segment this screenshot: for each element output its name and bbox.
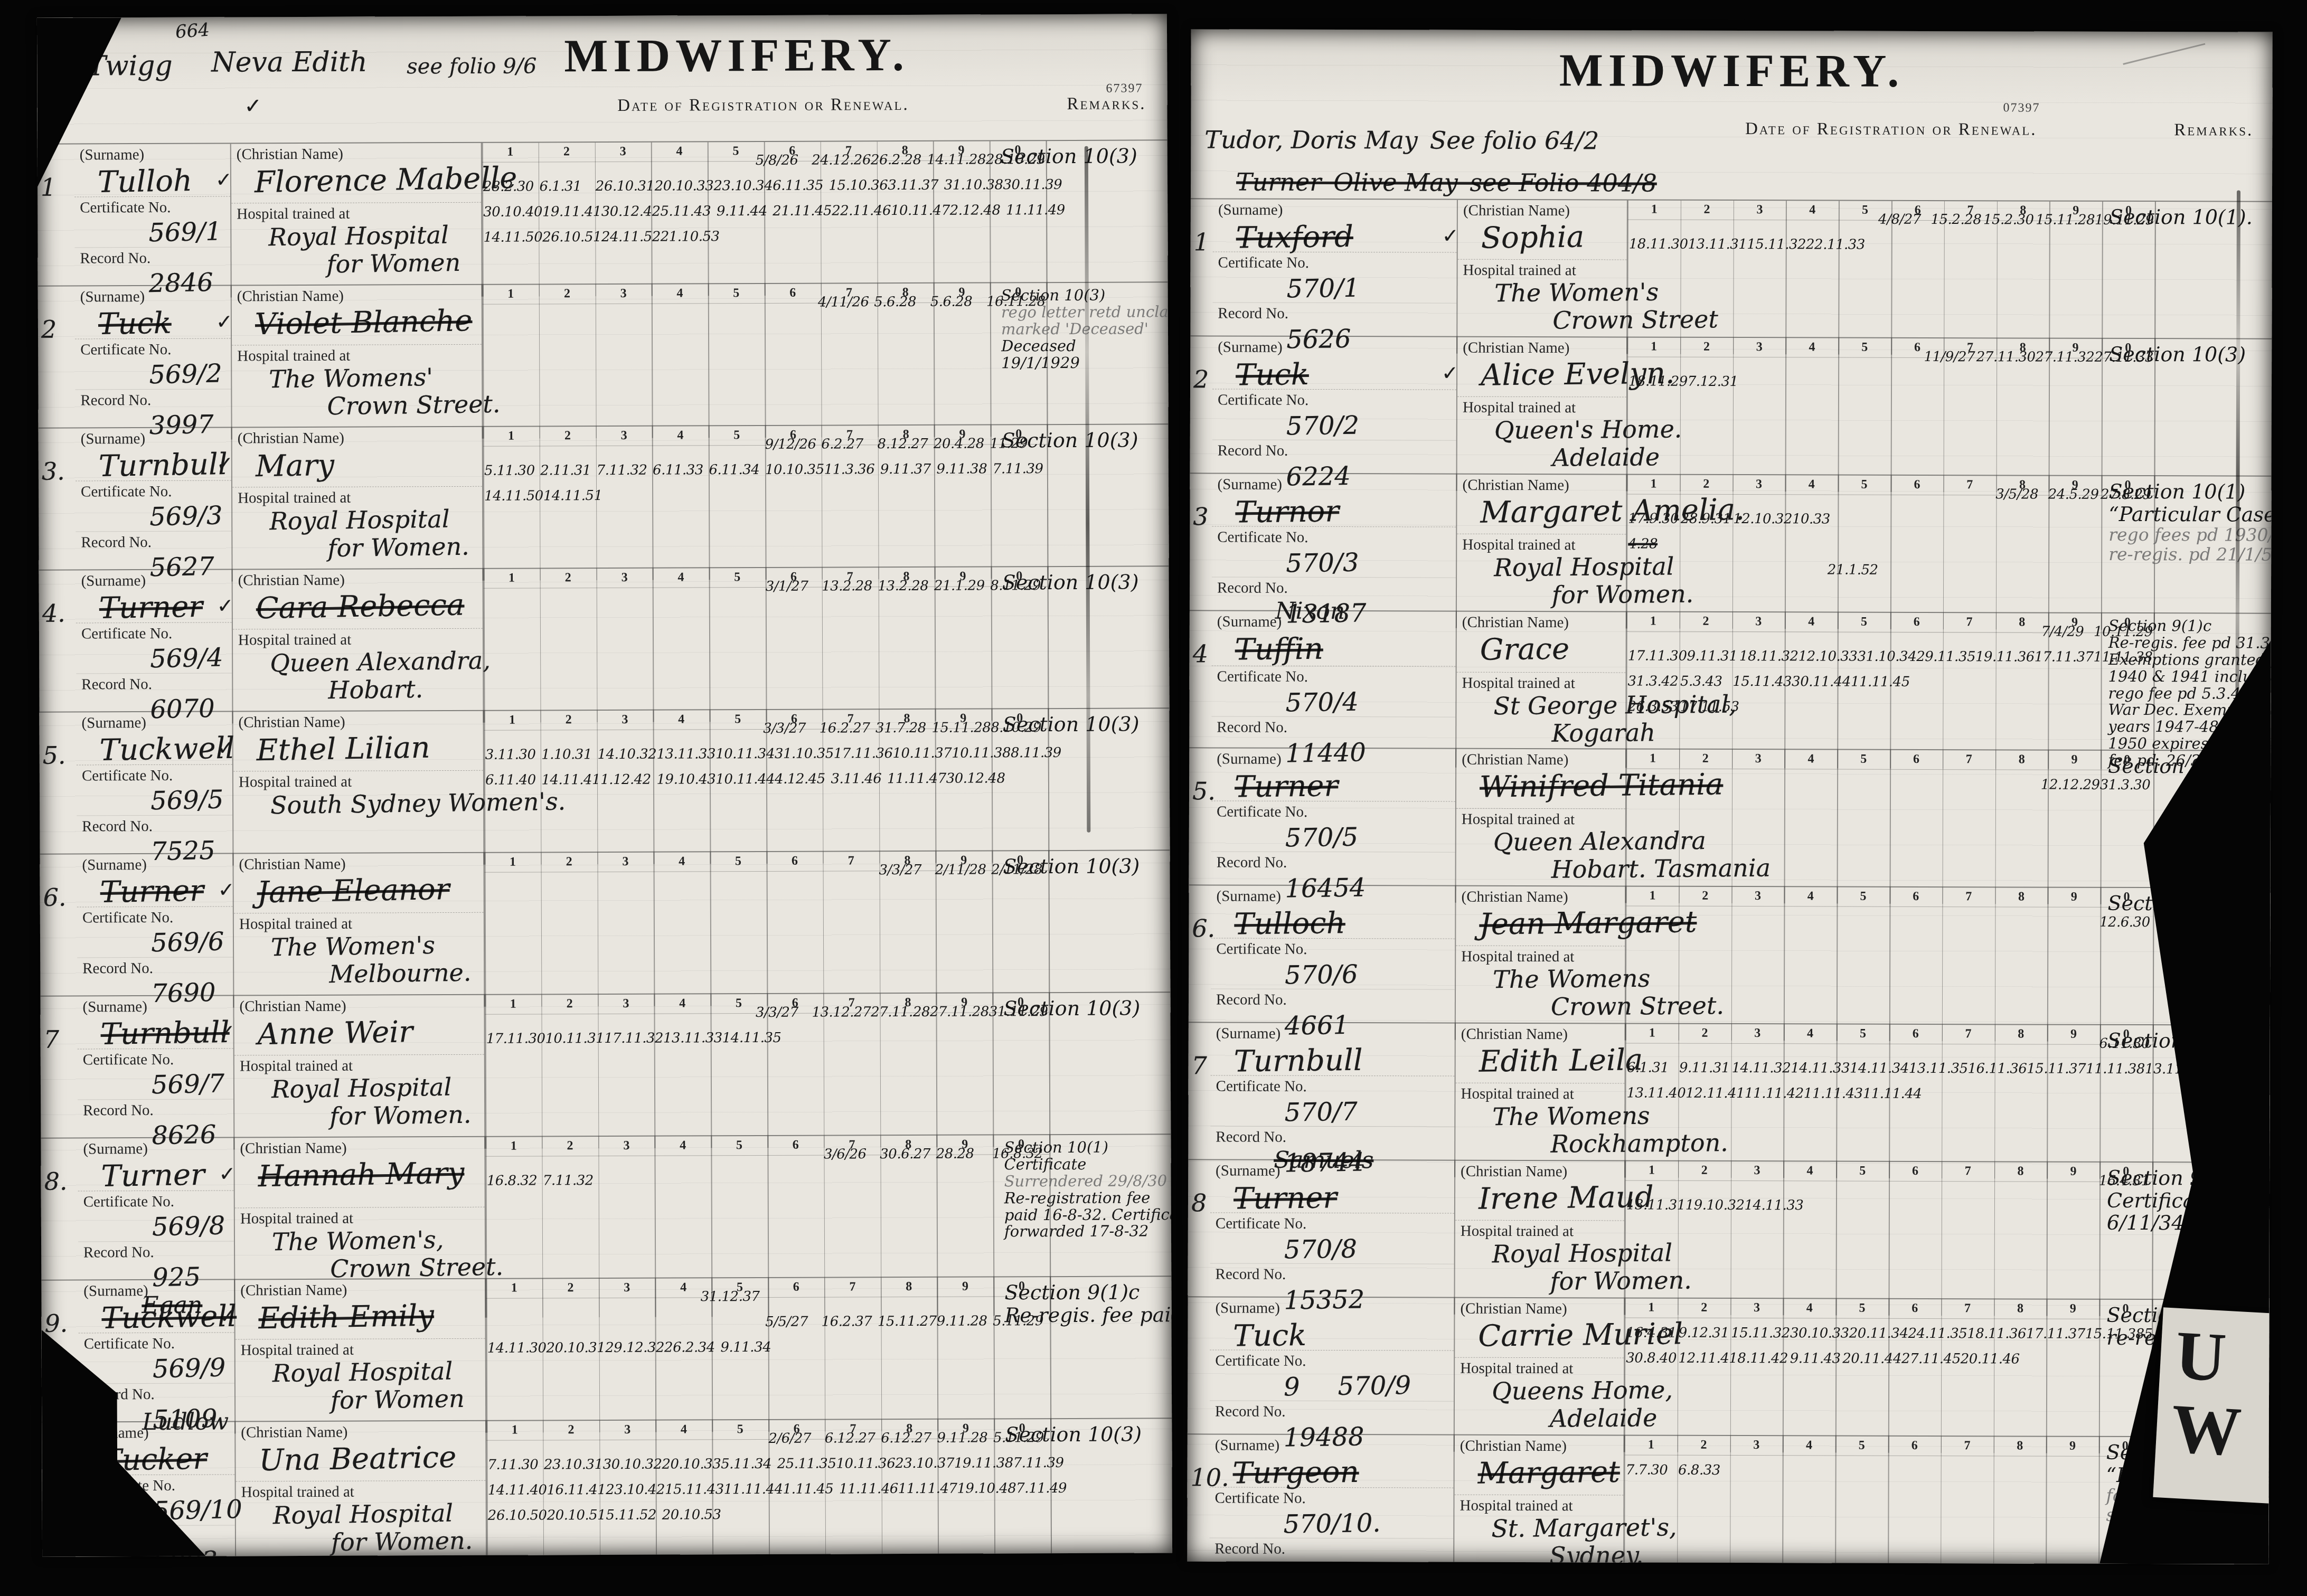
certificate-number: 9 570/9 xyxy=(1284,1370,1454,1402)
remarks-cell: Section 9(1)cRe-regis. fee paid 9.11.34 xyxy=(1050,1277,1172,1431)
christian-name-label: (Christian Name) xyxy=(1462,751,1625,769)
surname-label: (Surname) xyxy=(80,288,231,306)
certificate-label: Certificate No. xyxy=(1218,254,1457,272)
corrected-surname: Ludlow xyxy=(142,1408,229,1436)
christian-name-value: Margaret Amelia. xyxy=(1480,497,1626,528)
hospital-label: Hospital trained at xyxy=(1462,675,1626,693)
surname-column: (Surname) Tulloh Certificate No. 569/1 R… xyxy=(74,144,231,298)
hospital-name: The Womens'Crown Street. xyxy=(237,364,482,420)
register-row: 2 (Surname) Tuck Certificate No. 569/2 R… xyxy=(38,281,1169,427)
record-label: Record No. xyxy=(80,249,230,267)
hospital-name: South Sydney Women's. xyxy=(239,790,483,818)
surname-label: (Surname) xyxy=(80,146,230,164)
christian-name-column: (Christian Name) Una Beatrice Hospital t… xyxy=(234,1421,486,1557)
remarks-cell: Section 10(3) xyxy=(2154,339,2272,493)
hospital-name: Royal Hospitalfor Women xyxy=(241,1358,485,1414)
hospital-label: Hospital trained at xyxy=(1460,1360,1624,1378)
hospital-name: Royal Hospitalfor Women. xyxy=(238,506,482,562)
hospital-label: Hospital trained at xyxy=(1463,262,1627,280)
surname-value: Tuck xyxy=(98,308,231,339)
date-grid: 1234567890 31.12.375/5/2716.2.3715.11.27… xyxy=(485,1277,1050,1433)
surname-value: Tuck xyxy=(1236,358,1457,391)
date-column-digits: 1234567890 xyxy=(1625,1298,2152,1319)
record-label: Record No. xyxy=(1217,579,1456,597)
certificate-label: Certificate No. xyxy=(80,341,231,358)
date-grid: 1234567890 4/8/2715.2.2815.2.3015.11.281… xyxy=(1626,200,2155,355)
surname-value: Turnbull xyxy=(100,1018,233,1050)
check-mark: ✓ xyxy=(219,1162,236,1185)
christian-name-value: Violet Blanche xyxy=(255,306,482,339)
remarks-header: Remarks. xyxy=(2155,120,2272,140)
hospital-name: Royal Hospitalfor Women. xyxy=(240,1074,484,1130)
remarks-cell: Section 10(3) xyxy=(1048,709,1170,863)
christian-name-value: Mary xyxy=(255,448,482,481)
register-row: 7 (Surname) Turnbull Certificate No. 569… xyxy=(40,991,1171,1137)
christian-name-column: ✓ (Christian Name) Edith Emily Hospital … xyxy=(234,1279,485,1434)
record-label: Record No. xyxy=(83,1101,233,1119)
surname-value: Tuckwell xyxy=(99,734,232,766)
surname-column: (Surname) Tuckwell Certificate No. 569/5… xyxy=(77,712,233,866)
surname-label: (Surname) xyxy=(1218,338,1456,356)
surname-column: Samuels (Surname) Turner Certificate No.… xyxy=(1210,1160,1454,1314)
surname-column: (Surname) Turner Certificate No. 569/4 R… xyxy=(76,570,232,724)
record-label: Record No. xyxy=(1214,1540,1453,1558)
renewal-dates: 12.12.2931.3.30 xyxy=(1626,769,2153,798)
surname-label: (Surname) xyxy=(1218,201,1457,219)
date-grid: 1234567890 16.4.319.12.3115.11.3230.10.3… xyxy=(1624,1298,2152,1453)
hospital-label: Hospital trained at xyxy=(240,1210,485,1228)
certificate-number: 570/4 xyxy=(1285,686,1456,718)
corrected-surname: Samuels xyxy=(1274,1147,1373,1174)
certificate-label: Certificate No. xyxy=(81,625,232,643)
certificate-label: Certificate No. xyxy=(81,483,231,500)
date-registration-header: Date of Registration or Renewal. xyxy=(1627,119,2155,140)
check-mark: ✓ xyxy=(215,168,232,191)
renewal-dates: 3/3/2716.2.2731.7.2815.11.288.10.293.11.… xyxy=(484,729,1048,793)
register-rows: 1 (Surname) Tuxford Certificate No. 570/… xyxy=(1187,198,2272,1564)
remarks-text: Section 10(3) xyxy=(2109,343,2270,366)
hospital-name: The Women's,Crown Street. xyxy=(240,1227,485,1282)
prerow-folio-note: see folio 9/6 xyxy=(407,54,536,79)
entry-number-cell: 2 xyxy=(38,286,76,440)
hospital-label: Hospital trained at xyxy=(1461,948,1625,966)
date-grid: 1234567890 3/3/2713.12.2727.11.2827.11.2… xyxy=(484,993,1049,1149)
page-title: MIDWIFERY. xyxy=(1191,43,2272,99)
entry-number-cell: 3 xyxy=(1190,474,1212,627)
christian-name-label: (Christian Name) xyxy=(239,997,484,1016)
surname-value: Turnbull xyxy=(98,450,231,481)
certificate-number: 569/7 xyxy=(151,1069,233,1100)
check-mark: ✓ xyxy=(219,1020,236,1043)
surname-column: (Surname) Tuxford Certificate No. 570/1 … xyxy=(1212,199,1457,353)
surname-value: Turner xyxy=(99,592,232,624)
record-label: Record No. xyxy=(1216,1266,1454,1283)
hospital-name: The Women'sMelbourne. xyxy=(239,932,484,988)
surname-value: Tuckwell xyxy=(101,1302,234,1334)
date-column-digits: 1234567890 xyxy=(1625,1161,2152,1182)
record-label: Record No. xyxy=(81,533,231,551)
surname-value: Tulloch xyxy=(1234,908,1455,940)
christian-name-value: Edith Leila xyxy=(1479,1046,1625,1077)
entry-number: 4. xyxy=(42,599,76,627)
certificate-label: Certificate No. xyxy=(82,909,233,927)
entry-number-cell: 5. xyxy=(40,712,77,866)
date-grid: 1234567890 6.11.306.1.319.11.3114.11.321… xyxy=(1624,1024,2153,1179)
christian-name-value: Winifred Titania xyxy=(1480,771,1626,802)
christian-name-label: (Christian Name) xyxy=(237,287,482,306)
check-mark: ✓ xyxy=(218,878,235,901)
surname-column: (Surname) Turnbull Certificate No. 569/7… xyxy=(77,996,233,1150)
christian-name-value: Grace xyxy=(1480,634,1626,665)
check-mark: ✓ xyxy=(217,594,234,617)
certificate-number: 570/3 xyxy=(1286,546,1456,579)
register-row: 4 Nixon (Surname) Tuffin Certificate No.… xyxy=(1189,610,2271,750)
entry-number-cell: 3. xyxy=(39,428,76,582)
certificate-number: 569/9 xyxy=(152,1353,234,1384)
surname-column: (Surname) Tulloch Certificate No. 570/6 … xyxy=(1211,885,1455,1040)
christian-name-value: Jean Margaret xyxy=(1479,909,1625,940)
christian-name-column: ✓ (Christian Name) Alice Evelyn. Hospita… xyxy=(1456,337,1627,492)
certificate-number: 570/7 xyxy=(1284,1096,1455,1128)
christian-name-label: (Christian Name) xyxy=(1463,339,1626,357)
surname-label: (Surname) xyxy=(1216,887,1455,905)
register-row: 2 (Surname) Tuck Certificate No. 570/2 R… xyxy=(1190,335,2272,475)
remarks-text: Section 10(3) xyxy=(1003,713,1167,736)
register-row: 10. Ludlow (Surname) Tucker Certificate … xyxy=(42,1418,1172,1556)
surname-value: Turgeon xyxy=(1232,1457,1454,1489)
register-row: 6. (Surname) Tulloch Certificate No. 570… xyxy=(1189,884,2271,1024)
surname-label: (Surname) xyxy=(1216,1025,1455,1043)
christian-name-value: Irene Maud xyxy=(1479,1183,1625,1214)
certificate-label: Certificate No. xyxy=(1216,940,1455,958)
renewal-dates: 5/8/2624.12.2626.2.2814.11.2828.10.2928.… xyxy=(482,160,1047,250)
record-label: Record No. xyxy=(1217,854,1455,872)
christian-name-label: (Christian Name) xyxy=(1461,1163,1624,1181)
christian-name-column: (Christian Name) Jean Margaret Hospital … xyxy=(1455,886,1625,1041)
entry-number: 10. xyxy=(1191,1463,1210,1491)
christian-name-label: (Christian Name) xyxy=(240,1281,485,1300)
certificate-number: 569/4 xyxy=(150,643,232,674)
christian-name-label: (Christian Name) xyxy=(1461,1026,1625,1044)
entry-number: 1 xyxy=(1194,228,1213,256)
hospital-name: St George Hospital,Kogarah xyxy=(1462,692,1625,747)
surname-value: Turner xyxy=(100,876,233,908)
surname-column: (Surname) Turgeon Certificate No. 570/10… xyxy=(1209,1434,1454,1564)
surname-value: Turner xyxy=(1235,770,1456,802)
christian-name-label: (Christian Name) xyxy=(240,1139,484,1158)
date-grid: 1234567890 3/3/272/11/282/11/28 xyxy=(483,851,1049,1007)
record-label: Record No. xyxy=(82,959,233,977)
certificate-label: Certificate No. xyxy=(1217,668,1456,686)
record-label: Record No. xyxy=(83,1243,234,1261)
entry-number-cell: 7 xyxy=(40,996,78,1150)
certificate-number: 569/5 xyxy=(150,785,233,816)
surname-column: (Surname) Tuck Certificate No. 9 570/9 R… xyxy=(1210,1297,1454,1451)
christian-name-column: ✓ (Christian Name) Florence Mabelle Hosp… xyxy=(230,143,482,298)
entry-number-cell xyxy=(1188,1297,1210,1451)
entry-number: 2 xyxy=(41,315,75,343)
christian-name-value: Alice Evelyn. xyxy=(1481,360,1627,391)
date-column-digits: 1234567890 xyxy=(1626,749,2153,770)
certificate-label: Certificate No. xyxy=(1217,528,1456,546)
scrap-letter: U xyxy=(2173,1319,2272,1398)
hospital-label: Hospital trained at xyxy=(1459,1497,1623,1515)
prerow-christian-name: Neva Edith xyxy=(211,46,368,79)
record-label: Record No. xyxy=(1218,442,1456,460)
remarks-cell: Section 10(3)rego letter retd unclaimedm… xyxy=(1047,282,1169,437)
certificate-label: Certificate No. xyxy=(83,1051,233,1069)
surname-column: Nixon (Surname) Tuffin Certificate No. 5… xyxy=(1211,611,1456,767)
prerow-folio-note-struck: Turner Olive May see Folio 404/8 xyxy=(1236,168,1657,197)
entry-number: 8. xyxy=(44,1167,78,1195)
surname-label: (Surname) xyxy=(81,430,231,448)
remarks-text: Section 10(3) xyxy=(1003,997,1168,1020)
christian-name-column: ✓ (Christian Name) Jane Eleanor Hospital… xyxy=(232,853,484,1008)
surname-column: (Surname) Turnbull Certificate No. 569/3… xyxy=(76,428,232,582)
remarks-text: Section 10(3) xyxy=(1002,571,1167,594)
christian-name-value: Carrie Muriel xyxy=(1478,1320,1624,1352)
surname-value: Tuxford xyxy=(1236,221,1457,253)
entry-number: 3. xyxy=(42,457,76,485)
register-row: 9. (Surname) Tuckwell Certificate No. 56… xyxy=(41,1276,1172,1421)
renewal-dates: 2/6/276.12.276.12.279.11.285.11.297.11.3… xyxy=(486,1439,1051,1528)
hospital-name: Royal Hospitalfor Women. xyxy=(1461,1240,1624,1295)
christian-name-value: Jane Eleanor xyxy=(257,874,484,908)
certificate-number: 569/6 xyxy=(150,927,233,958)
renewal-dates: 7/4/2910.11.2917.11.309.11.3118.11.3212.… xyxy=(1626,631,2153,721)
register-row: 1 (Surname) Tulloh Certificate No. 569/1… xyxy=(37,139,1168,285)
christian-name-value: Sophia xyxy=(1481,222,1627,253)
entry-number: 6. xyxy=(43,883,77,911)
surname-value: Tulloh xyxy=(98,166,231,197)
renewal-dates: 11/9/2727.11.3027.11.3227.11.3318.11.297… xyxy=(1627,357,2154,395)
remarks-cell: Section 10(1). xyxy=(2154,202,2272,356)
scrap-letter: W xyxy=(2170,1392,2273,1471)
entry-number-cell: 4. xyxy=(39,570,77,724)
register-row: 5. (Surname) Turner Certificate No. 570/… xyxy=(1189,747,2271,887)
entry-number: 6. xyxy=(1192,914,1211,942)
date-grid: 1234567890 2/6/276.12.276.12.279.11.285.… xyxy=(485,1419,1051,1557)
register-row: 6. (Surname) Turner Certificate No. 569/… xyxy=(40,849,1170,995)
hospital-label: Hospital trained at xyxy=(1462,811,1625,829)
record-label: Record No. xyxy=(1216,1128,1454,1146)
remarks-text: Section 9(1)cRe-regis. fee paid 9.11.34 xyxy=(1004,1281,1169,1326)
entry-number: 8 xyxy=(1191,1188,1210,1217)
hospital-name: Queens Home,Adelaide xyxy=(1460,1377,1624,1432)
hospital-label: Hospital trained at xyxy=(237,347,482,365)
hospital-label: Hospital trained at xyxy=(1463,399,1626,417)
certificate-label: Certificate No. xyxy=(82,767,232,785)
hospital-label: Hospital trained at xyxy=(1461,1223,1624,1241)
remarks-cell: Section 10(3) xyxy=(1046,140,1168,295)
entry-number-cell: 7 xyxy=(1188,1023,1211,1176)
christian-name-value: Florence Mabelle xyxy=(255,164,482,197)
renewal-dates: 3/1/2713.2.2813.2.2821.1.298.11.29 xyxy=(484,587,1048,600)
certificate-number: 570/1 xyxy=(1286,272,1457,304)
christian-name-column: (Christian Name) Grace Hospital trained … xyxy=(1455,612,1626,768)
certificate-number: 570/5 xyxy=(1285,821,1455,853)
record-label: Record No. xyxy=(1218,305,1456,323)
remarks-cell: Section 10(3) xyxy=(1047,424,1169,579)
hospital-label: Hospital trained at xyxy=(1462,536,1626,554)
christian-name-label: (Christian Name) xyxy=(1463,202,1627,220)
certificate-label: Certificate No. xyxy=(80,199,230,216)
surname-column: (Surname) Turner Certificate No. 569/6 R… xyxy=(77,854,233,1008)
remarks-text: Section 10(3) xyxy=(1002,429,1166,452)
entry-number: 7 xyxy=(44,1025,78,1053)
renewal-dates: 9/12/266.2.278.12.2720.4.2811.295.11.302… xyxy=(483,445,1047,509)
record-label: Record No. xyxy=(82,817,232,835)
date-grid: 1234567890 3/3/2716.2.2731.7.2815.11.288… xyxy=(483,709,1049,865)
certificate-number: 569/2 xyxy=(149,358,231,390)
remarks-cell: Section 10(3) xyxy=(1050,1419,1172,1556)
entry-number: 5. xyxy=(1192,777,1211,805)
date-grid: 1234567890 3/5/2824.5.2927.8.2917.9.3028… xyxy=(1626,475,2154,630)
christian-name-column: (Christian Name) Margaret Amelia. Hospit… xyxy=(1456,475,1626,629)
certificate-label: Certificate No. xyxy=(1215,1352,1454,1370)
date-grid: 1234567890 5/8/2624.12.2626.2.2814.11.28… xyxy=(481,141,1047,297)
christian-name-value: Margaret xyxy=(1477,1458,1624,1489)
remarks-text: Section 10(3) xyxy=(1003,855,1167,878)
certificate-label: Certificate No. xyxy=(1216,1078,1455,1096)
christian-name-column: (Christian Name) Margaret Hospital train… xyxy=(1453,1436,1624,1564)
christian-name-value: Edith Emily xyxy=(258,1300,485,1334)
christian-name-column: ✓ (Christian Name) Violet Blanche Hospit… xyxy=(231,285,482,440)
register-row: 1 (Surname) Tuxford Certificate No. 570/… xyxy=(1190,198,2272,338)
entry-number: 4 xyxy=(1193,639,1212,668)
surname-label: (Surname) xyxy=(1218,476,1456,494)
remarks-text: Section 10(3) xyxy=(1005,1423,1170,1446)
renewal-dates: 16.4.3113.11.3119.10.3214.11.33 xyxy=(1625,1181,2152,1219)
hospital-name: The Women'sCrown Street xyxy=(1463,279,1626,334)
surname-label: (Surname) xyxy=(82,998,233,1016)
renewal-dates: 16.4.319.12.3115.11.3230.10.3320.11.3424… xyxy=(1625,1318,2152,1372)
entry-number: 1 xyxy=(41,173,74,201)
remarks-text: Section 10(1). xyxy=(2110,206,2270,229)
christian-name-label: (Christian Name) xyxy=(1460,1438,1624,1456)
surname-value: Tuffin xyxy=(1235,633,1456,665)
surname-label: (Surname) xyxy=(82,856,232,874)
renewal-dates: 3/3/2713.12.2727.11.2827.11.2831.11.2917… xyxy=(485,1013,1049,1052)
christian-name-column: (Christian Name) Carrie Muriel Hospital … xyxy=(1454,1298,1624,1452)
remarks-text: Section 10(1)CertificateSurrendered 29/8… xyxy=(1004,1139,1169,1240)
date-grid: 1234567890 12.12.2931.3.30 xyxy=(1625,749,2153,904)
christian-name-label: (Christian Name) xyxy=(237,145,481,164)
date-column-digits: 1234567890 xyxy=(1625,1436,2152,1457)
surname-label: (Surname) xyxy=(1215,1299,1454,1317)
hospital-name: St. Margaret's,Sydney. xyxy=(1459,1515,1623,1564)
christian-name-label: (Christian Name) xyxy=(238,429,482,448)
entry-number-cell: 10. xyxy=(1187,1434,1210,1564)
christian-name-value: Una Beatrice xyxy=(259,1442,486,1476)
date-grid: 1234567890 3/1/2713.2.2813.2.2821.1.298.… xyxy=(483,567,1048,723)
christian-name-column: ✓ (Christian Name) Cara Rebecca Hospital… xyxy=(232,569,483,724)
renewal-dates: 3/3/272/11/282/11/28 xyxy=(485,871,1049,884)
check-mark: ✓ xyxy=(219,1304,236,1327)
remarks-cell: Section 10(3) xyxy=(1048,566,1170,721)
remarks-text: Section 10(3) xyxy=(1001,145,1165,168)
christian-name-column: ✓ (Christian Name) Mary Hospital trained… xyxy=(231,427,483,582)
record-number: 31734. xyxy=(1283,1558,1454,1564)
entry-number: 2 xyxy=(1193,365,1212,393)
record-label: Record No. xyxy=(1216,991,1455,1009)
hospital-name: Queen Alexandra,Hobart. xyxy=(238,648,483,704)
scanned-midwifery-register: { "labels": { "title": "MIDWIFERY.", "da… xyxy=(0,0,2307,1596)
date-column-digits: 1234567890 xyxy=(1626,1024,2153,1045)
christian-name-column: (Christian Name) Irene Maud Hospital tra… xyxy=(1454,1161,1624,1315)
christian-name-value: Cara Rebecca xyxy=(256,590,483,624)
record-label: Record No. xyxy=(80,391,231,409)
date-grid: 1234567890 11/9/2727.11.3027.11.3227.11.… xyxy=(1626,337,2155,493)
register-right-page: MIDWIFERY. 07397 Date of Registration or… xyxy=(1187,29,2273,1564)
surname-label: (Surname) xyxy=(81,572,232,590)
renewal-dates: 6.11.306.1.319.11.3114.11.3214.11.3314.1… xyxy=(1625,1043,2152,1107)
entry-number: 9. xyxy=(44,1309,78,1337)
certificate-label: Certificate No. xyxy=(1218,391,1456,409)
surname-value: Turner xyxy=(101,1160,234,1192)
certificate-number: 569/1 xyxy=(148,216,231,248)
register-left-page: 664 MIDWIFERY. 67397 Date of Registratio… xyxy=(37,14,1172,1556)
renewal-dates: 31.12.375/5/2716.2.3715.11.279.11.285.11… xyxy=(486,1297,1050,1361)
check-mark: ✓ xyxy=(244,94,262,118)
certificate-number: 569/8 xyxy=(152,1211,234,1242)
remarks-cell: Section 10(3) xyxy=(1048,851,1170,1005)
surname-label: (Surname) xyxy=(83,1282,234,1300)
christian-name-label: (Christian Name) xyxy=(238,571,483,590)
christian-name-column: ✓ (Christian Name) Anne Weir Hospital tr… xyxy=(233,995,484,1150)
entry-number: 3 xyxy=(1193,502,1212,531)
check-mark: ✓ xyxy=(216,310,233,333)
remarks-header: Remarks. xyxy=(1046,94,1167,114)
entry-number: 7 xyxy=(1192,1051,1211,1080)
entry-number-cell: 8 xyxy=(1188,1160,1210,1314)
date-grid: 1234567890 4/11/265.6.285.6.2816.11.28 xyxy=(482,283,1047,439)
hospital-name: Royal Hospitalfor Women. xyxy=(241,1500,486,1556)
surname-label: (Surname) xyxy=(1217,750,1455,768)
certificate-label: Certificate No. xyxy=(1217,803,1455,821)
certificate-number: 570/6 xyxy=(1285,958,1455,990)
hospital-name: Queen AlexandraHobart. Tasmania xyxy=(1462,828,1625,883)
christian-name-label: (Christian Name) xyxy=(239,713,483,732)
entry-number-cell: 5. xyxy=(1189,748,1211,902)
entry-number-cell: 6. xyxy=(40,854,77,1008)
renewal-dates: 4/8/2715.2.2815.2.3015.11.2819.11.2918.1… xyxy=(1628,220,2155,258)
check-mark: ✓ xyxy=(218,736,234,759)
christian-name-label: (Christian Name) xyxy=(241,1423,485,1442)
date-grid: 1234567890 12.6.30 xyxy=(1625,886,2153,1042)
hospital-label: Hospital trained at xyxy=(239,915,484,933)
entry-number-cell: 6. xyxy=(1189,885,1211,1039)
remarks-text: Section 10(1)“Particular Case”rego fees … xyxy=(2108,480,2269,565)
remarks-text: Section 10(3)rego letter retd unclaimedm… xyxy=(1001,287,1166,372)
certificate-label: Certificate No. xyxy=(1214,1489,1453,1507)
corrected-surname: Nixon xyxy=(1275,598,1345,625)
surname-label: (Surname) xyxy=(1215,1437,1454,1455)
certificate-number: 570/10. xyxy=(1283,1507,1454,1540)
renewal-dates: 3/6/2630.6.2728.2816.8.3216.8.327.11.32 xyxy=(485,1155,1049,1194)
christian-name-column: (Christian Name) Edith Leila Hospital tr… xyxy=(1454,1024,1625,1178)
surname-column: (Surname) Turner Certificate No. 570/5 R… xyxy=(1211,748,1455,902)
remarks-cell: Section 10(1)“Particular Case”rego fees … xyxy=(2154,476,2272,630)
hospital-name: Royal Hospitalfor Women. xyxy=(1462,554,1626,609)
hospital-label: Hospital trained at xyxy=(1461,1085,1624,1103)
surname-value: Turner xyxy=(1233,1182,1455,1214)
hospital-name: The WomensCrown Street. xyxy=(1461,966,1625,1021)
certificate-label: Certificate No. xyxy=(1216,1215,1454,1233)
record-label: Record No. xyxy=(1215,1403,1454,1421)
certificate-number: 570/8 xyxy=(1284,1233,1454,1265)
hospital-name: Queen's Home.Adelaide xyxy=(1463,417,1626,471)
